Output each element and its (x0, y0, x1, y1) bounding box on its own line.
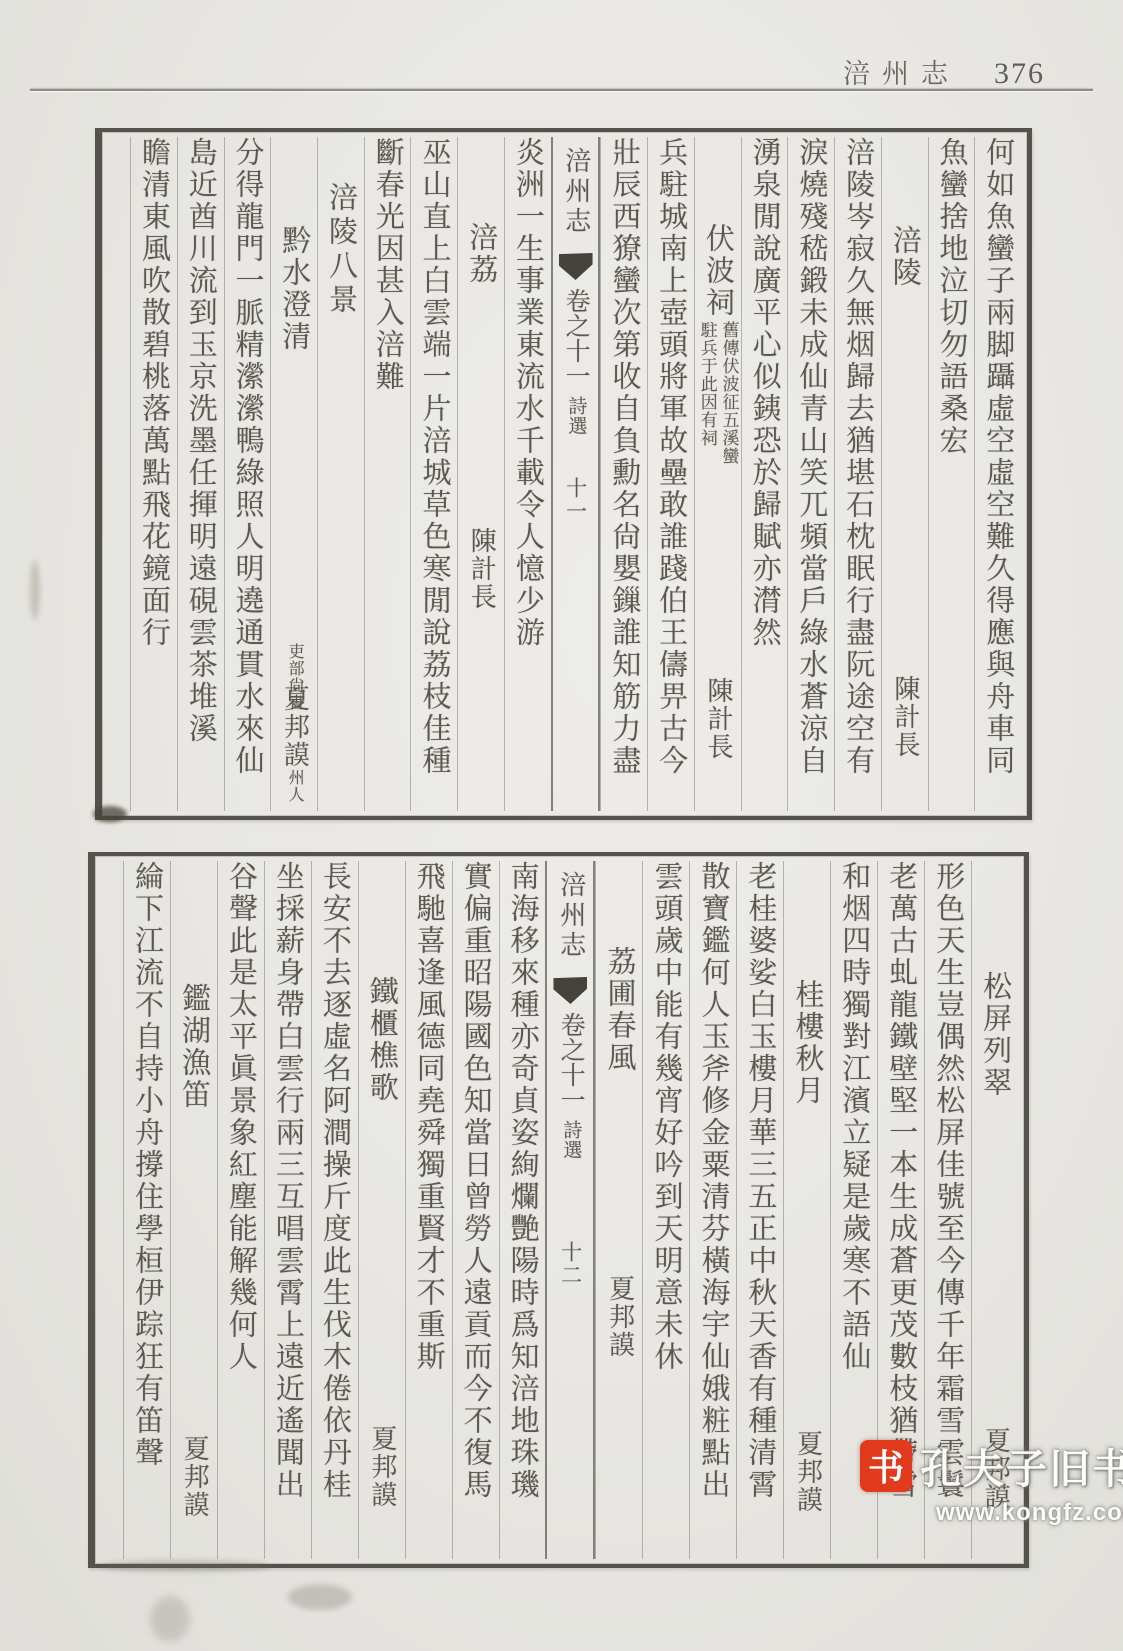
poem-title-column: 荔圃春風夏邦謨 (595, 861, 642, 1559)
author-name: 陳計長 (701, 677, 734, 761)
fishtail-mark (559, 253, 593, 280)
verse-text: 巫山直上白雲端一片涪城草色寒閒說荔枝佳種 (416, 137, 452, 777)
verse-text: 雲頭歲中能有幾宵好吟到天明意未休 (648, 861, 684, 1373)
author-name: 陳計長 (888, 675, 921, 759)
author-name: 夏邦謨 (365, 1425, 398, 1509)
author-name: 夏邦謨 (603, 1275, 636, 1359)
poem-title-column: 涪陵陳計長 (881, 137, 928, 811)
section-title-text: 涪陵八景 (323, 182, 359, 318)
banxin-section-label: 詩選 (559, 1120, 583, 1160)
scan-smudge (150, 1596, 190, 1642)
verse-text: 涪陵岑寂久無烟歸去猶堪石枕眠行盡阮途空有 (840, 137, 876, 777)
verse-column: 島近酋川流到玉京洗墨任揮明遠硯雲茶堆溪 (177, 137, 224, 811)
author-signature: 陳計長 (888, 675, 921, 759)
poem-title-column: 黔水澄清吏部尙書夏邦謨州人 (270, 137, 317, 811)
verse-text: 飛馳喜逢風德同堯舜獨重賢才不重斯 (410, 861, 446, 1373)
running-header: 涪州志 376 (843, 52, 1045, 91)
poem-title-text: 涪陵 (887, 225, 923, 289)
verse-text: 淚燒殘嵇鍛未成仙青山笑兀頻當戶綠水蒼涼自 (793, 137, 829, 777)
section-title-column: 涪陵八景 (317, 137, 364, 811)
watermark-site-url: www.kongfz.com (936, 1499, 1123, 1527)
verse-column: 分得龍門一脈精瀠瀠鴨綠照人明遶通貫水來仙 (224, 137, 271, 811)
poem-title-text: 荔圃春風 (601, 946, 637, 1074)
banxin-folio-number: 十二 (557, 1241, 583, 1287)
author-name: 夏邦謨 (278, 685, 311, 769)
poem-title-text: 松屏列翠 (977, 971, 1013, 1099)
verse-column: 雲頭歲中能有幾宵好吟到天明意未休 (642, 861, 689, 1559)
poem-title-text: 桂樓秋月 (789, 979, 825, 1107)
verse-text: 綸下江流不自持小舟撐住學桓伊踪狂有笛聲 (129, 861, 165, 1469)
verse-text: 形色天生豈偶然松屏佳號至今傳千年霜雪雲鬟 (930, 861, 966, 1501)
banxin-volume-label: 卷之十一 (560, 288, 591, 388)
kongfz-logo-icon: 书 (860, 1440, 912, 1492)
author-signature: 夏邦謨 (791, 1430, 824, 1514)
verse-column: 魚蠻捨地泣切勿語桑宏 (928, 137, 975, 811)
verse-text: 何如魚蠻子兩脚躡虛空虛空難久得應與舟車同 (980, 137, 1016, 777)
header-rule (30, 89, 1093, 91)
watermark: 书 孔夫子旧书网 www.kongfz.com (860, 1436, 1123, 1527)
verse-column: 瞻清東風吹散碧桃落萬點飛花鏡面行 (130, 137, 177, 811)
verse-text: 兵駐城南上壺頭將軍故壘敢誰踐伯王儔畀古今 (653, 137, 689, 777)
verse-column: 斷春光因甚入涪難 (364, 137, 411, 811)
verse-text: 和烟四時獨對江濱立疑是歲寒不語仙 (836, 861, 872, 1373)
verse-text: 分得龍門一脈精瀠瀠鴨綠照人明遶通貫水來仙 (229, 137, 265, 777)
running-header-page-number: 376 (994, 57, 1045, 91)
page-frame-top: 何如魚蠻子兩脚躡虛空虛空難久得應與舟車同魚蠻捨地泣切勿語桑宏涪陵陳計長涪陵岑寂久… (95, 128, 1032, 820)
banxin-folio-number: 十一 (562, 477, 588, 523)
scan-smudge (100, 1560, 270, 1572)
verse-column: 淚燒殘嵇鍛未成仙青山笑兀頻當戶綠水蒼涼自 (787, 137, 834, 811)
poem-title-text: 涪荔 (463, 222, 499, 286)
verse-column: 壯辰西獠蠻次第收自負勳名尙嬰鏁誰知筋力盡 (600, 137, 647, 811)
author-name: 陳計長 (465, 527, 498, 611)
watermark-site-name: 孔夫子旧书网 (920, 1436, 1123, 1495)
interlinear-note: 舊傳伏波征五溪蠻駐兵于此因有祠 (696, 321, 740, 471)
verse-text: 谷聲此是太平眞景象紅塵能解幾何人 (223, 861, 259, 1373)
author-office-note: 吏部尙書 (284, 643, 304, 685)
verse-text: 壯辰西獠蠻次第收自負勳名尙嬰鏁誰知筋力盡 (606, 137, 642, 777)
verse-text: 炎洲一生事業東流水千載令人憶少游 (510, 137, 546, 649)
verse-text: 斷春光因甚入涪難 (369, 137, 405, 393)
poem-title-column: 桂樓秋月夏邦謨 (783, 861, 830, 1559)
author-signature: 夏邦謨 (603, 1275, 636, 1359)
author-signature: 夏邦謨 (365, 1425, 398, 1509)
poem-title-text: 伏波祠 (700, 223, 736, 319)
verse-text: 湧泉閒說廣平心似銕恐於歸賦亦潸然 (746, 137, 782, 649)
verse-column: 飛馳喜逢風德同堯舜獨重賢才不重斯 (405, 861, 452, 1559)
verse-column: 南海移來種亦奇貞姿絢爛艷陽時爲知涪地珠璣 (499, 861, 546, 1559)
author-signature: 夏邦謨 (178, 1435, 211, 1519)
poem-title-column: 鑑湖漁笛夏邦謨 (170, 861, 217, 1559)
verse-column: 實偏重昭陽國色知當日曾勞人遠貢而今不復馬 (452, 861, 499, 1559)
verse-text: 老桂婆娑白玉樓月華三五正中秋天香有種清霄 (742, 861, 778, 1501)
poem-title-column: 伏波祠舊傳伏波征五溪蠻駐兵于此因有祠陳計長 (694, 137, 741, 811)
verse-column: 老桂婆娑白玉樓月華三五正中秋天香有種清霄 (736, 861, 783, 1559)
verse-text: 坐採薪身帶白雲行兩三互唱雲霄上遠近遙聞出 (270, 861, 306, 1501)
author-name: 夏邦謨 (178, 1435, 211, 1519)
verse-column: 何如魚蠻子兩脚躡虛空虛空難久得應與舟車同 (974, 137, 1021, 811)
author-signature: 吏部尙書夏邦謨州人 (278, 643, 311, 803)
scanned-book-page: 涪州志 376 何如魚蠻子兩脚躡虛空虛空難久得應與舟車同魚蠻捨地泣切勿語桑宏涪陵… (0, 0, 1123, 1651)
fishtail-mark (553, 977, 587, 1004)
verse-column: 長安不去逐虛名阿澗操斤度此生伐木倦依丹桂 (311, 861, 358, 1559)
verse-column: 坐採薪身帶白雲行兩三互唱雲霄上遠近遙聞出 (264, 861, 311, 1559)
author-name: 夏邦謨 (791, 1430, 824, 1514)
banxin-section-label: 詩選 (564, 396, 588, 436)
banxin-column: 涪州志卷之十一詩選十一 (551, 137, 601, 811)
banxin-column: 涪州志卷之十一詩選十二 (545, 861, 595, 1559)
verse-text: 實偏重昭陽國色知當日曾勞人遠貢而今不復馬 (457, 861, 493, 1501)
banxin-book-title: 涪州志 (554, 871, 587, 961)
verse-text: 南海移來種亦奇貞姿絢爛艷陽時爲知涪地珠璣 (504, 861, 540, 1501)
scan-smudge (288, 1584, 352, 1610)
scan-smudge (30, 560, 40, 620)
author-signature: 陳計長 (465, 527, 498, 611)
verse-column: 散寶鑑何人玉斧修金粟清芬橫海宇仙娥粧點出 (689, 861, 736, 1559)
verse-column: 綸下江流不自持小舟撐住學桓伊踪狂有笛聲 (123, 861, 170, 1559)
verse-text: 散寶鑑何人玉斧修金粟清芬橫海宇仙娥粧點出 (695, 861, 731, 1501)
poem-title-text: 鐵櫃樵歌 (364, 976, 400, 1104)
verse-column: 湧泉閒說廣平心似銕恐於歸賦亦潸然 (741, 137, 788, 811)
verse-text: 魚蠻捨地泣切勿語桑宏 (933, 137, 969, 457)
verse-column: 巫山直上白雲端一片涪城草色寒閒說荔枝佳種 (410, 137, 457, 811)
verse-text: 瞻清東風吹散碧桃落萬點飛花鏡面行 (136, 137, 172, 649)
author-origin-note: 州人 (284, 769, 304, 803)
author-signature: 陳計長 (701, 677, 734, 761)
text-columns-top: 何如魚蠻子兩脚躡虛空虛空難久得應與舟車同魚蠻捨地泣切勿語桑宏涪陵陳計長涪陵岑寂久… (102, 132, 1027, 816)
poem-title-column: 涪荔陳計長 (457, 137, 504, 811)
verse-column: 兵駐城南上壺頭將軍故壘敢誰踐伯王儔畀古今 (647, 137, 694, 811)
verse-column: 谷聲此是太平眞景象紅塵能解幾何人 (217, 861, 264, 1559)
poem-title-text: 鑑湖漁笛 (176, 983, 212, 1111)
banxin-volume-label: 卷之十一 (555, 1012, 586, 1112)
verse-text: 島近酋川流到玉京洗墨任揮明遠硯雲茶堆溪 (183, 137, 219, 745)
verse-text: 老萬古虬龍鐵壁堅一本生成蒼更茂數枝猶帶雪 (883, 861, 919, 1501)
running-header-book-title: 涪州志 (843, 52, 960, 91)
poem-title-column: 鐵櫃樵歌夏邦謨 (358, 861, 405, 1559)
verse-column: 涪陵岑寂久無烟歸去猶堪石枕眠行盡阮途空有 (834, 137, 881, 811)
scan-smudge (93, 806, 127, 822)
verse-column: 炎洲一生事業東流水千載令人憶少游 (504, 137, 551, 811)
poem-title-text: 黔水澄清 (276, 225, 312, 353)
banxin-book-title: 涪州志 (559, 147, 592, 237)
verse-text: 長安不去逐虛名阿澗操斤度此生伐木倦依丹桂 (317, 861, 353, 1501)
